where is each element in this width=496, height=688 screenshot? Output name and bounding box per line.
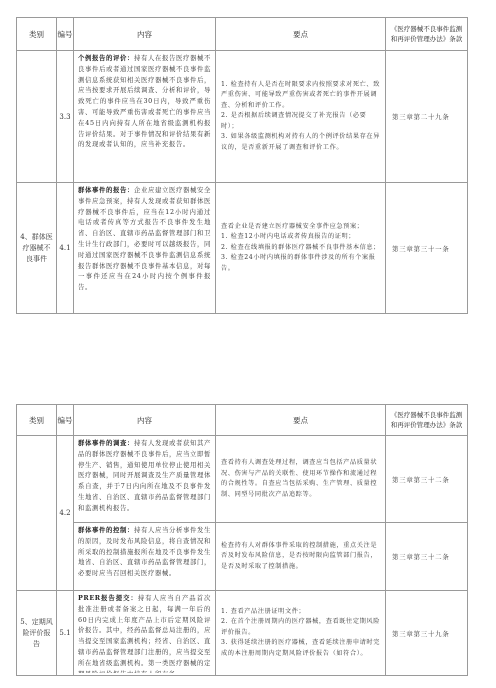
page1-table: 类别 编号 内容 要点 《医疗器械不良事件监测和再评价管理办法》条款 3.3 个… xyxy=(16,17,468,314)
content-cell: 群体事件的报告：企业应建立医疗器械安全事件应急预案，持有人发现或者获知群体医疗器… xyxy=(74,183,216,314)
category-cell: 5、定期风险评价报告 xyxy=(17,591,57,676)
header-number: 编号 xyxy=(57,405,74,436)
point-item: 2. 在首个注册周期内的医疗器械，查看既往定期风险评价报告。 xyxy=(221,617,380,638)
header-category: 类别 xyxy=(17,18,57,51)
points-cell: 查看持有人调查处理过程，调查应当包括产品质量状况、伤害与产品的关联性、使用环节操… xyxy=(216,436,386,523)
category-cell xyxy=(17,51,57,183)
point-item: 3. 获得延续注册的医疗器械，查看延续注册申请时完成的本注册周期内定期风险评价报… xyxy=(221,638,380,659)
header-clause: 《医疗器械不良事件监测和再评价管理办法》条款 xyxy=(386,18,468,51)
content-cell: PRER报告提交：持有人应当自产品首次批准注册或者备案之日起，每满一年后的60日… xyxy=(74,591,216,676)
table-row: 4、群体医疗器械不良事件 4.1 群体事件的报告：企业应建立医疗器械安全事件应急… xyxy=(17,183,468,314)
table-header-row: 类别 编号 内容 要点 《医疗器械不良事件监测和再评价管理办法》条款 xyxy=(17,405,468,436)
content-title: PRER报告提交： xyxy=(78,594,138,602)
point-item: 1. 检查持有人是否在时限要求内按照要求对死亡、致严重伤害、可能导致严重伤害或者… xyxy=(221,80,380,112)
content-body: 持有人应当自产品首次批准注册或者备案之日起，每满一年后的60日内完成上年度产品上… xyxy=(78,594,211,673)
clause-cell: 第三章第三十二条 xyxy=(386,523,468,591)
content-cell: 群体事件的控制：持有人应当分析事件发生的原因，及时发布风险信息，将自查情况和所采… xyxy=(74,523,216,591)
table-row: 4.2 群体事件的调查：持有人发现或者获知其产品的群体医疗器械不良事件后，应当立… xyxy=(17,436,468,523)
header-content: 内容 xyxy=(74,18,216,51)
point-item: 3. 如果各级监测机构对持有人的个例评价结果存在异议的，是否重新开展了调查和评价… xyxy=(221,132,380,153)
header-points: 要点 xyxy=(216,18,386,51)
content-title: 群体事件的报告： xyxy=(78,186,134,194)
table-row: 群体事件的控制：持有人应当分析事件发生的原因，及时发布风险信息，将自查情况和所采… xyxy=(17,523,468,591)
category-cell xyxy=(17,436,57,591)
content-title: 个例报告的评价： xyxy=(78,54,134,62)
page2-table: 类别 编号 内容 要点 《医疗器械不良事件监测和再评价管理办法》条款 4.2 群… xyxy=(16,404,468,676)
clause-cell: 第三章第二十九条 xyxy=(386,51,468,183)
number-cell: 4.1 xyxy=(57,183,74,314)
points-cell: 检查持有人对群体事件采取的控制措施，重点关注是否及时发布风险信息，是否按时限向监… xyxy=(216,523,386,591)
content-title: 群体事件的调查： xyxy=(78,439,134,447)
points-cell: 1. 检查持有人是否在时限要求内按照要求对死亡、致严重伤害、可能导致严重伤害或者… xyxy=(216,51,386,183)
table-header-row: 类别 编号 内容 要点 《医疗器械不良事件监测和再评价管理办法》条款 xyxy=(17,18,468,51)
content-body: 持有人在报告医疗器械不良事件后或者通过国家医疗器械不良事件监测信息系统获知相关医… xyxy=(78,54,211,148)
clause-cell: 第三章第三十二条 xyxy=(386,436,468,523)
category-cell: 4、群体医疗器械不良事件 xyxy=(17,183,57,314)
header-clause: 《医疗器械不良事件监测和再评价管理办法》条款 xyxy=(386,405,468,436)
clause-cell: 第三章第三十九条 xyxy=(386,591,468,676)
point-item: 2. 是否根据后续调查情况提交了补充报告（必要时）； xyxy=(221,111,380,132)
content-title: 群体事件的控制： xyxy=(78,526,134,534)
number-cell: 5.1 xyxy=(57,591,74,676)
point-item: 3. 检查24小时内填报的群体事件涉及的所有个案报告。 xyxy=(221,253,380,274)
point-item: 检查持有人对群体事件采取的控制措施，重点关注是否及时发布风险信息，是否按时限向监… xyxy=(221,541,380,573)
content-body: 持有人发现或者获知其产品的群体医疗器械不良事件后，应当立即暂停生产、销售，通知使… xyxy=(78,439,211,512)
number-cell: 4.2 xyxy=(57,436,74,591)
point-item: 2. 检查在线填报的群体医疗器械不良事件基本信息； xyxy=(221,243,380,254)
table-row: 5、定期风险评价报告 5.1 PRER报告提交：持有人应当自产品首次批准注册或者… xyxy=(17,591,468,676)
point-item: 1. 查看产品注册证明文件； xyxy=(221,607,380,618)
number-cell: 3.3 xyxy=(57,51,74,183)
point-item: 查看企业是否建立医疗器械安全事件应急预案； xyxy=(221,222,380,233)
header-points: 要点 xyxy=(216,405,386,436)
clause-cell: 第三章第三十一条 xyxy=(386,183,468,314)
header-category: 类别 xyxy=(17,405,57,436)
points-cell: 1. 查看产品注册证明文件； 2. 在首个注册周期内的医疗器械，查看既往定期风险… xyxy=(216,591,386,676)
content-cell: 个例报告的评价：持有人在报告医疗器械不良事件后或者通过国家医疗器械不良事件监测信… xyxy=(74,51,216,183)
table-row: 3.3 个例报告的评价：持有人在报告医疗器械不良事件后或者通过国家医疗器械不良事… xyxy=(17,51,468,183)
header-number: 编号 xyxy=(57,18,74,51)
content-cell: 群体事件的调查：持有人发现或者获知其产品的群体医疗器械不良事件后，应当立即暂停生… xyxy=(74,436,216,523)
header-content: 内容 xyxy=(74,405,216,436)
content-body: 企业应建立医疗器械安全事件应急预案，持有人发现或者获知群体医疗器械不良事件后，应… xyxy=(78,186,211,291)
points-cell: 查看企业是否建立医疗器械安全事件应急预案； 1. 检查12小时内电话或者传真报告… xyxy=(216,183,386,314)
point-item: 1. 检查12小时内电话或者传真报告的证明； xyxy=(221,232,380,243)
point-item: 查看持有人调查处理过程，调查应当包括产品质量状况、伤害与产品的关联性、使用环节操… xyxy=(221,458,380,500)
